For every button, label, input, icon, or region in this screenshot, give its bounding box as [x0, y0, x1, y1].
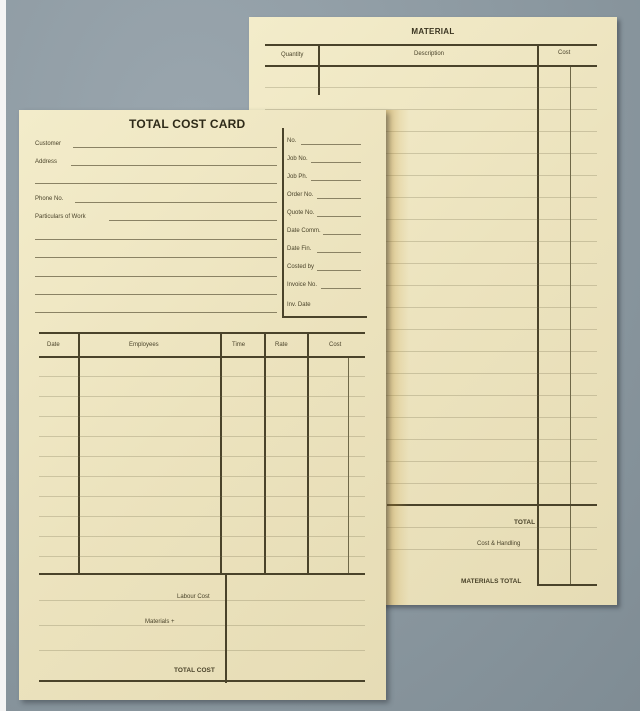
ref-costed-by-line[interactable]: [317, 270, 361, 271]
labour-table-bottom: [39, 573, 365, 575]
cost-card-title: TOTAL COST CARD: [129, 117, 245, 131]
ref-no-line[interactable]: [301, 144, 361, 145]
address-line-2[interactable]: [35, 183, 277, 184]
ref-date-comm-line[interactable]: [323, 234, 361, 235]
ref-job-ph: Job Ph.: [287, 174, 307, 180]
field-particulars: Particulars of Work: [35, 214, 86, 220]
ref-order-no-line[interactable]: [317, 198, 361, 199]
column-quantity: Quantity: [281, 52, 303, 58]
labour-divider-5: [348, 358, 349, 574]
column-cost: Cost: [329, 342, 341, 348]
column-employees: Employees: [129, 342, 159, 348]
ref-quote-no: Quote No.: [287, 210, 314, 216]
column-divider-3: [570, 67, 571, 585]
particulars-line-4[interactable]: [35, 276, 277, 277]
summary-divider: [225, 575, 227, 683]
particulars-line-6[interactable]: [35, 312, 277, 313]
ref-invoice-no: Invoice No.: [287, 282, 317, 288]
total-cost-label: TOTAL COST: [174, 667, 215, 674]
particulars-line[interactable]: [109, 220, 277, 221]
customer-line[interactable]: [73, 147, 277, 148]
reference-box-border: [282, 128, 284, 318]
labour-header-rule-bottom: [39, 356, 365, 358]
ref-inv-date: Inv. Date: [287, 302, 311, 308]
materials-total-rule: [537, 584, 597, 586]
labour-divider-1: [78, 334, 80, 574]
labour-header-rule-top: [39, 332, 365, 334]
ref-order-no: Order No.: [287, 192, 313, 198]
address-line[interactable]: [71, 165, 277, 166]
column-time: Time: [232, 342, 245, 348]
header-rule-bottom: [265, 65, 597, 67]
ref-costed-by: Costed by: [287, 264, 314, 270]
labour-divider-2: [220, 334, 222, 574]
field-phone: Phone No.: [35, 196, 63, 202]
materials-total-label: MATERIALS TOTAL: [461, 578, 521, 585]
particulars-line-5[interactable]: [35, 294, 277, 295]
ref-quote-no-line[interactable]: [317, 216, 361, 217]
header-rule-top: [265, 44, 597, 46]
ref-no: No.: [287, 138, 296, 144]
ref-date-fin: Date Fin.: [287, 246, 311, 252]
labour-divider-3: [264, 334, 266, 574]
cost-handling-label: Cost & Handling: [477, 541, 520, 547]
ref-job-no: Job No.: [287, 156, 308, 162]
phone-line[interactable]: [75, 202, 277, 203]
labour-cost-label: Labour Cost: [177, 594, 210, 600]
ref-date-comm: Date Comm.: [287, 228, 321, 234]
totals-rule: [387, 504, 597, 506]
column-cost: Cost: [558, 50, 570, 56]
ref-invoice-no-line[interactable]: [321, 288, 361, 289]
material-card-title: MATERIAL: [249, 27, 617, 36]
labour-divider-4: [307, 334, 309, 574]
particulars-line-2[interactable]: [35, 239, 277, 240]
reference-box-bottom: [282, 316, 367, 318]
ref-job-no-line[interactable]: [311, 162, 361, 163]
field-customer: Customer: [35, 141, 61, 147]
ref-job-ph-line[interactable]: [311, 180, 361, 181]
ref-date-fin-line[interactable]: [317, 252, 361, 253]
column-date: Date: [47, 342, 60, 348]
total-cost-rule: [39, 680, 365, 682]
image-border: [0, 0, 6, 711]
total-cost-card: TOTAL COST CARD Customer Address Phone N…: [19, 110, 386, 700]
particulars-line-3[interactable]: [35, 257, 277, 258]
field-address: Address: [35, 159, 57, 165]
column-rate: Rate: [275, 342, 288, 348]
column-description: Description: [414, 51, 444, 57]
materials-label: Materials +: [145, 619, 175, 625]
total-label: TOTAL: [514, 519, 535, 526]
